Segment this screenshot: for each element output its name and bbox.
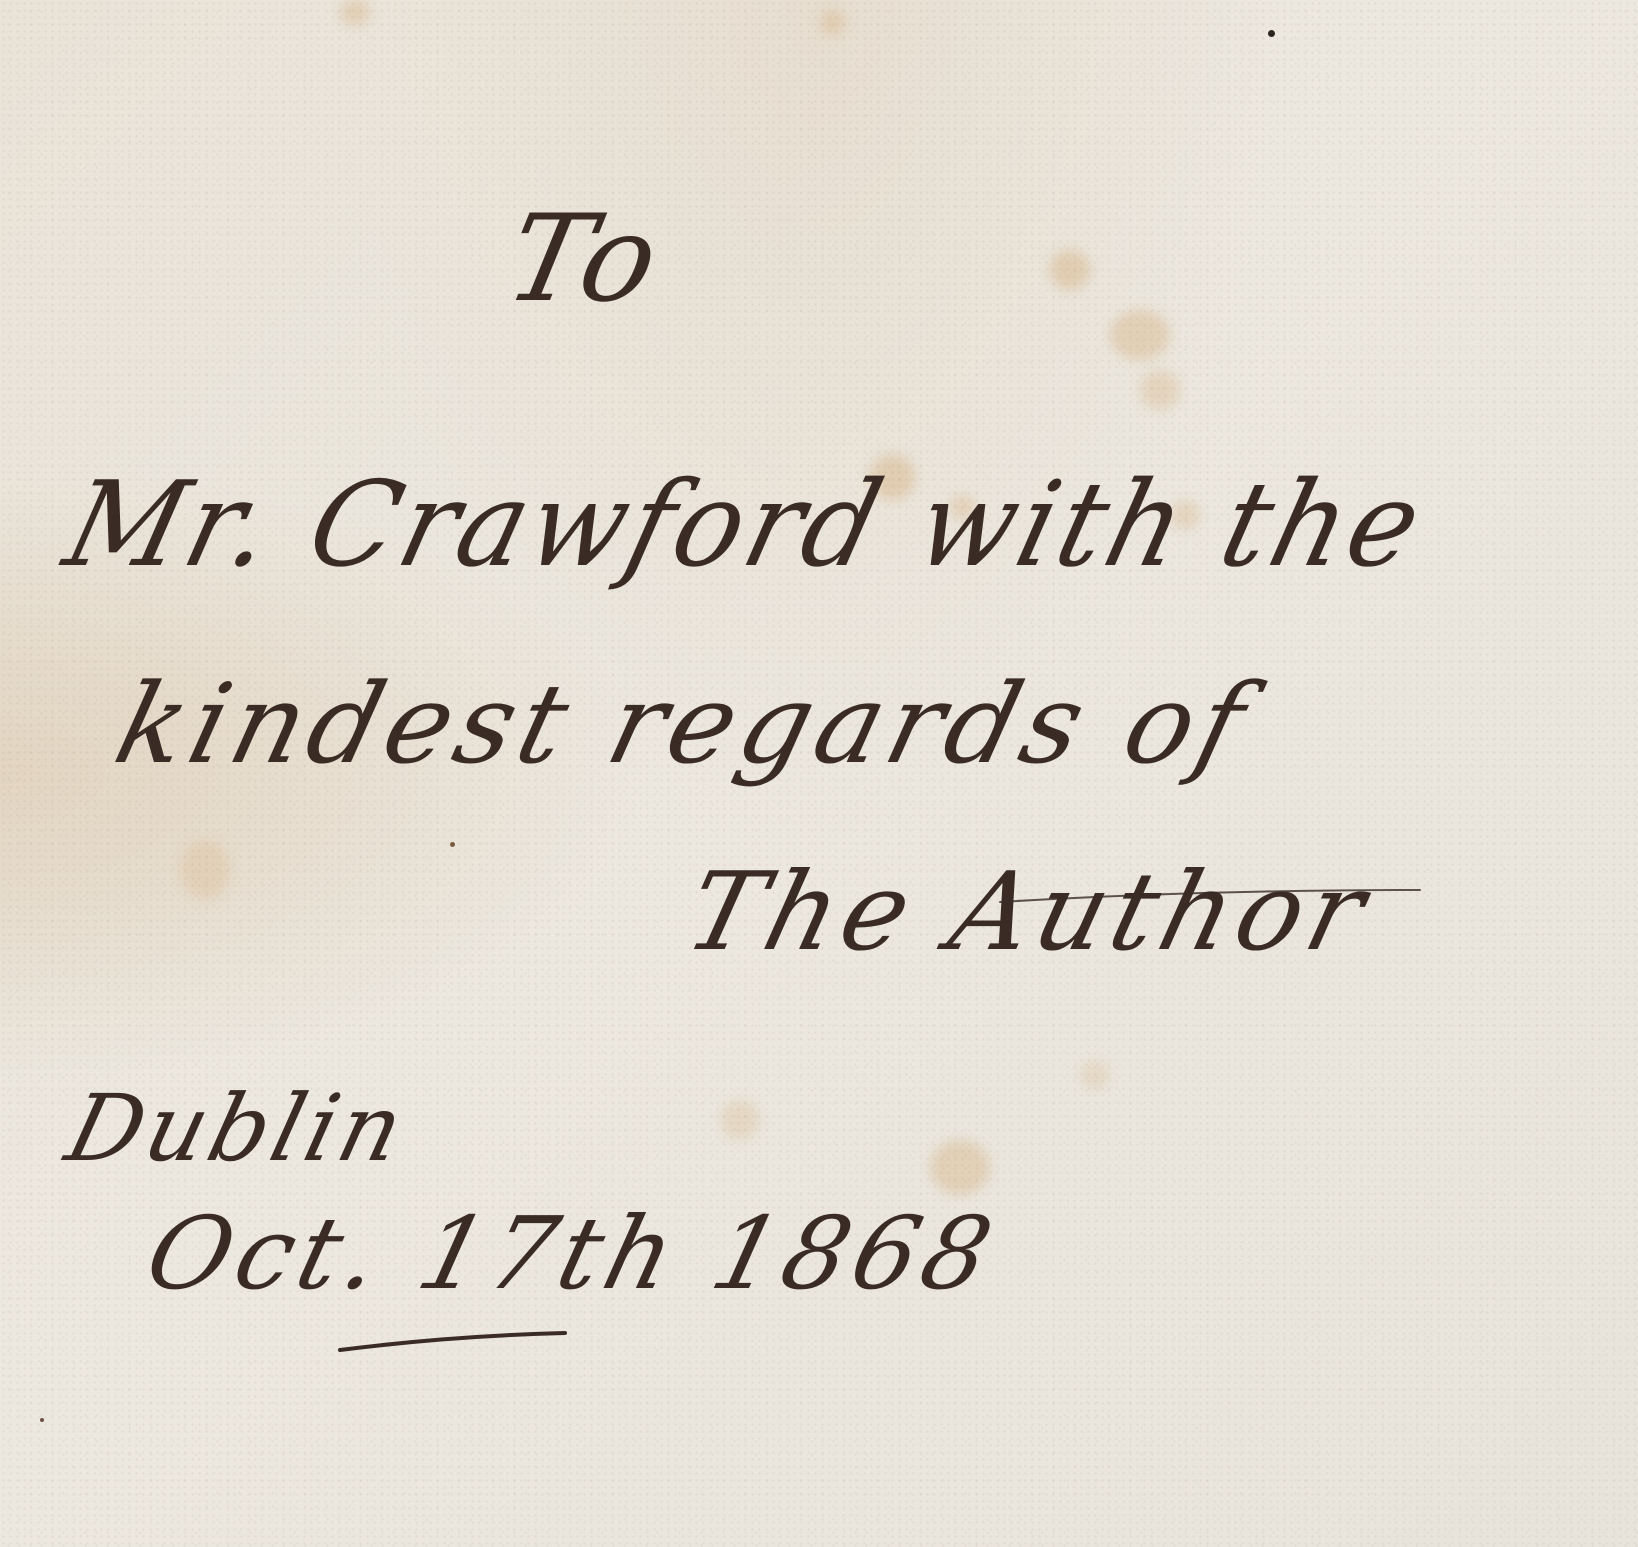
foxing-stain [1050, 250, 1090, 290]
inscription-date: Oct. 17th 1868 [135, 1195, 1008, 1312]
foxing-stain [1110, 310, 1170, 360]
date-underline [340, 1333, 565, 1350]
inscription-salutation: To [495, 190, 672, 329]
ink-speck [1268, 30, 1275, 37]
inscription-signature: The Author [674, 850, 1382, 975]
foxing-stain [930, 1140, 990, 1195]
foxing-stain [1080, 1060, 1110, 1090]
inscription-line-2: kindest regards of [104, 660, 1263, 788]
inscription-line-1: Mr. Crawford with the [53, 457, 1438, 594]
foxing-stain [820, 10, 845, 35]
ink-speck [450, 842, 455, 847]
foxing-stain [1140, 370, 1180, 410]
ink-speck [40, 1418, 44, 1422]
foxing-stain [720, 1100, 760, 1140]
book-flyleaf-page: To Mr. Crawford with the kindest regards… [0, 0, 1638, 1547]
foxing-stain [180, 840, 230, 900]
foxing-stain [340, 0, 370, 25]
inscription-place: Dublin [57, 1075, 418, 1182]
